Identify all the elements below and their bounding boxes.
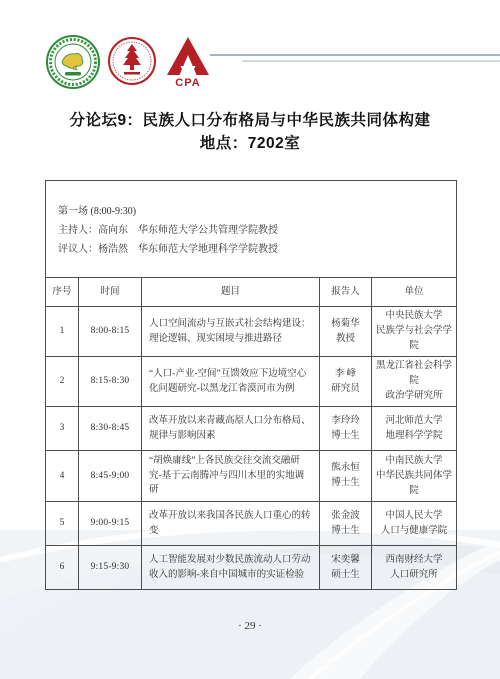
unit-line1: 中南民族大学 [375,454,453,469]
unit-line2: 中华民族共同体学院 [375,469,453,499]
unit-line2: 政治学研究所 [375,389,453,404]
cell-time: 8:15-8:30 [79,357,142,407]
cell-time: 8:45-9:00 [79,451,142,502]
col-header-time: 时间 [79,278,142,307]
presenter-title: 博士生 [322,524,369,539]
session-info-row: 第一场 (8:00-9:30) 主持人：高向东 华东师范大学公共管理学院教授 评… [46,181,457,278]
cell-title: “胡焕庸线”上各民族交往交流交融研究-基于云南腾冲与四川木里的实地调研 [142,451,320,502]
cell-no: 1 [46,307,79,357]
header-rule-bottom [242,60,500,62]
table-row: 2 8:15-8:30 “人口-产业-空间”互馈效应下边境空心化问题研究-以黑龙… [46,357,457,407]
unit-line2: 地理科学学院 [375,429,453,444]
session-round: 第一场 (8:00-9:30) [58,202,446,221]
table-row: 1 8:00-8:15 人口空间流动与互嵌式社会结构建设：理论逻辑、现实困境与推… [46,307,457,357]
col-header-unit: 单位 [372,278,457,307]
logo-row: CPA [45,34,211,94]
unit-line2: 民族学与社会学学院 [375,324,453,354]
presenter-name: 张金波 [322,509,369,524]
unit-line1: 西南财经大学 [375,553,453,568]
presenter-name: 李 峰 [322,367,369,382]
unit-line1: 中央民族大学 [375,309,453,324]
cell-unit: 河北师范大学 地理科学学院 [372,407,457,451]
table-header-row: 序号 时间 题目 报告人 单位 [46,278,457,307]
cell-title: “人口-产业-空间”互馈效应下边境空心化问题研究-以黑龙江省漠河市为例 [142,357,320,407]
cell-title: 改革开放以来我国各民族人口重心的转变 [142,502,320,546]
table-row: 3 8:30-8:45 改革开放以来青藏高原人口分布格局、规律与影响因素 李玲玲… [46,407,457,451]
cpa-logo: CPA [165,35,211,89]
unit-line2: 人口与健康学院 [375,524,453,539]
session-discussant: 评议人：杨浩然 华东师范大学地理科学学院教授 [58,240,446,259]
university-seal-logo-icon [107,36,157,86]
col-header-presenter: 报告人 [320,278,372,307]
cell-no: 2 [46,357,79,407]
cell-title: 改革开放以来青藏高原人口分布格局、规律与影响因素 [142,407,320,451]
unit-line1: 河北师范大学 [375,414,453,429]
cell-presenter: 宋奕馨 硕士生 [320,546,372,590]
cell-no: 5 [46,502,79,546]
cpa-triangle-icon [165,35,211,79]
forum-location: 地点：7202室 [0,132,500,155]
cell-no: 4 [46,451,79,502]
population-association-green-logo-icon [45,34,101,90]
presenter-title: 教授 [322,332,369,347]
cpa-label: CPA [175,77,200,89]
presenter-name: 杨菊华 [322,317,369,332]
cell-presenter: 熊永恒 博士生 [320,451,372,502]
header-rule-top [210,54,500,56]
cell-unit: 中国人民大学 人口与健康学院 [372,502,457,546]
cell-no: 3 [46,407,79,451]
presenter-title: 博士生 [322,429,369,444]
cell-presenter: 杨菊华 教授 [320,307,372,357]
presenter-name: 宋奕馨 [322,553,369,568]
forum-title: 分论坛9：民族人口分布格局与中华民族共同体构建 [0,109,500,132]
unit-line1: 黑龙江省社会科学院 [375,359,453,389]
session-host: 主持人：高向东 华东师范大学公共管理学院教授 [58,221,446,240]
table-row: 6 9:15-9:30 人工智能发展对少数民族流动人口劳动收入的影响-来自中国城… [46,546,457,590]
table-row: 5 9:00-9:15 改革开放以来我国各民族人口重心的转变 张金波 博士生 中… [46,502,457,546]
unit-line1: 中国人民大学 [375,509,453,524]
col-header-no: 序号 [46,278,79,307]
cell-time: 9:00-9:15 [79,502,142,546]
cell-time: 9:15-9:30 [79,546,142,590]
schedule-table: 第一场 (8:00-9:30) 主持人：高向东 华东师范大学公共管理学院教授 评… [45,180,457,590]
cell-no: 6 [46,546,79,590]
cell-time: 8:00-8:15 [79,307,142,357]
cell-unit: 中南民族大学 中华民族共同体学院 [372,451,457,502]
cell-unit: 黑龙江省社会科学院 政治学研究所 [372,357,457,407]
presenter-title: 硕士生 [322,568,369,583]
cell-unit: 中央民族大学 民族学与社会学学院 [372,307,457,357]
presenter-name: 李玲玲 [322,414,369,429]
table-row: 4 8:45-9:00 “胡焕庸线”上各民族交往交流交融研究-基于云南腾冲与四川… [46,451,457,502]
col-header-title: 题目 [142,278,320,307]
cell-time: 8:30-8:45 [79,407,142,451]
presenter-name: 熊永恒 [322,461,369,476]
cell-title: 人口空间流动与互嵌式社会结构建设：理论逻辑、现实困境与推进路径 [142,307,320,357]
presenter-title: 研究员 [322,382,369,397]
cell-presenter: 张金波 博士生 [320,502,372,546]
unit-line2: 人口研究所 [375,568,453,583]
program-page: CPA 分论坛9：民族人口分布格局与中华民族共同体构建 地点：7202室 第一场… [0,0,500,679]
cell-presenter: 李玲玲 博士生 [320,407,372,451]
cell-presenter: 李 峰 研究员 [320,357,372,407]
forum-title-block: 分论坛9：民族人口分布格局与中华民族共同体构建 地点：7202室 [0,109,500,155]
session-info-cell: 第一场 (8:00-9:30) 主持人：高向东 华东师范大学公共管理学院教授 评… [46,181,457,278]
cell-title: 人工智能发展对少数民族流动人口劳动收入的影响-来自中国城市的实证检验 [142,546,320,590]
presenter-title: 博士生 [322,476,369,491]
page-number: · 29 · [0,620,500,632]
cell-unit: 西南财经大学 人口研究所 [372,546,457,590]
